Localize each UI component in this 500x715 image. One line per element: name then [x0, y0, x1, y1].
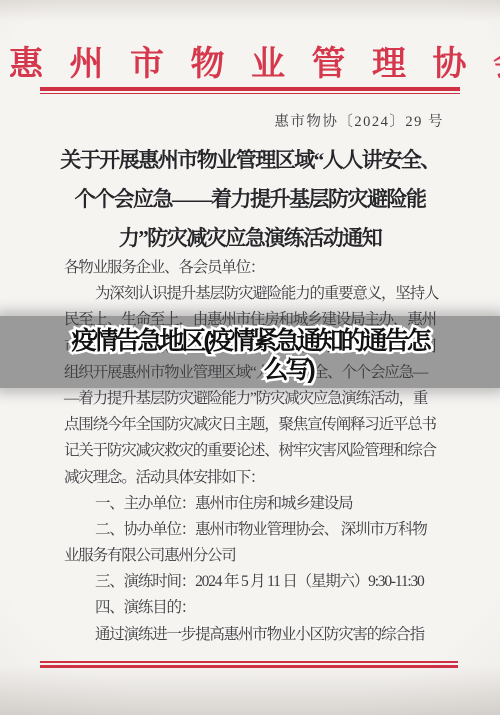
body-line-drill-time: 三、演练时间：2024 年 5 月 11 日（星期六）9:30-11:30 [64, 569, 459, 595]
body-line: 减灾理念。活动具体安排如下： [64, 465, 459, 491]
notice-title-line: 个个会应急——着力提升基层防灾避险能 [20, 180, 480, 219]
document-page: 惠 州 市 物 业 管 理 协 会 惠市物协〔2024〕29 号 关于开展惠州市… [0, 0, 500, 715]
body-line: 通过演练进一步提高惠州市物业小区防灾害的综合指 [64, 622, 459, 648]
document-number: 惠市物协〔2024〕29 号 [274, 110, 444, 131]
body-line: 点围绕今年全国防灾减灾日主题，聚焦宣传阐释习近平总书 [64, 412, 459, 438]
body-line: 业服务有限公司惠州分公司 [64, 543, 459, 569]
notice-body: 各物业服务企业、各会员单位： 为深刻认识提升基层防灾避险能力的重要意义，坚持人 … [64, 255, 459, 648]
letterhead-divider [40, 87, 460, 94]
body-line: 为深刻认识提升基层防灾避险能力的重要意义，坚持人 [64, 281, 459, 307]
letterhead-org-name: 惠 州 市 物 业 管 理 协 会 [0, 36, 500, 85]
watermark-title-line: 疫情告急地区(疫情紧急通知的通告怎 [0, 327, 500, 356]
watermark-title: 疫情告急地区(疫情紧急通知的通告怎 么写) [0, 327, 500, 385]
body-line-co-organizer: 二、协办单位：惠州市物业管理协会、 深圳市万科物 [64, 517, 459, 543]
divider-thick-line [40, 665, 458, 669]
notice-title-line: 关于开展惠州市物业管理区域“人人讲安全、 [20, 141, 480, 180]
body-line: —着力提升基层防灾避险能力”防灾减灾应急演练活动，重 [64, 386, 459, 412]
notice-title-line: 力”防灾减灾应急演练活动通知 [20, 219, 480, 258]
notice-title: 关于开展惠州市物业管理区域“人人讲安全、 个个会应急——着力提升基层防灾避险能 … [20, 141, 480, 258]
watermark-title-line: 么写) [38, 356, 500, 385]
footer-divider [40, 661, 458, 668]
body-line-drill-purpose: 四、演练目的： [64, 595, 459, 621]
divider-thin-line [40, 93, 460, 95]
body-line-salutation: 各物业服务企业、各会员单位： [64, 255, 459, 281]
body-line-organizer: 一、主办单位：惠州市住房和城乡建设局 [64, 491, 459, 517]
body-line: 记关于防灾减灾救灾的重要论述、树牢灾害风险管理和综合 [64, 438, 459, 464]
